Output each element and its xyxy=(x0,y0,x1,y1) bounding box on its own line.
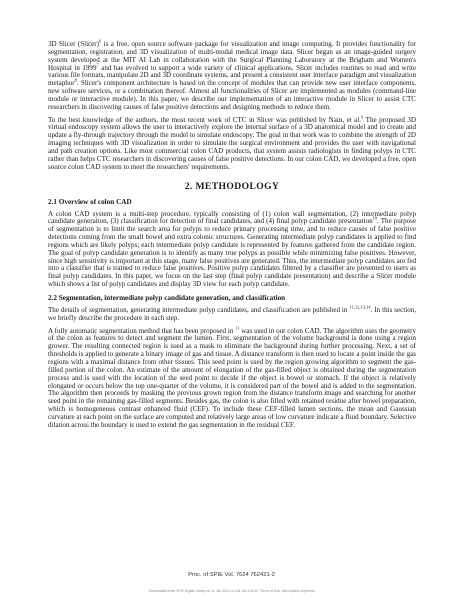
text: A fully automatic segmentation method th… xyxy=(48,327,235,335)
text: To the best knowledge of the authors, th… xyxy=(48,116,361,124)
proceedings-footer: Proc. of SPIE Vol. 7624 762421-2 xyxy=(0,572,463,578)
text: 3D Slicer (Slicer) xyxy=(48,40,99,48)
section-heading-methodology: 2. METHODOLOGY xyxy=(48,181,416,192)
document-body: 3D Slicer (Slicer)6 is a free, open sour… xyxy=(48,41,416,430)
subsection-heading-segmentation: 2.2 Segmentation, intermediate polyp can… xyxy=(48,294,416,302)
citation: 11,12,13,14 xyxy=(349,305,370,310)
download-notice: Downloaded from SPIE Digital Library on … xyxy=(0,589,463,593)
text: A colon CAD system is a multi-step proce… xyxy=(48,210,416,226)
intro-paragraph-2: To the best knowledge of the authors, th… xyxy=(48,117,416,172)
text: The proposed 3D virtual endoscopy system… xyxy=(48,116,416,171)
segmentation-paragraph-1: The details of segmentation, generating … xyxy=(48,307,416,323)
overview-paragraph: A colon CAD system is a multi-step proce… xyxy=(48,211,416,289)
text: was used in our colon CAD. The algorithm… xyxy=(48,327,416,429)
segmentation-paragraph-2: A fully automatic segmentation method th… xyxy=(48,328,416,430)
intro-paragraph-1: 3D Slicer (Slicer)6 is a free, open sour… xyxy=(48,41,416,112)
subsection-heading-overview: 2.1 Overview of colon CAD xyxy=(48,198,416,206)
text: The details of segmentation, generating … xyxy=(48,306,349,314)
text: . The purpose of segmentation is to limi… xyxy=(48,217,416,288)
text: . Slicer's component architecture is bas… xyxy=(48,79,416,111)
